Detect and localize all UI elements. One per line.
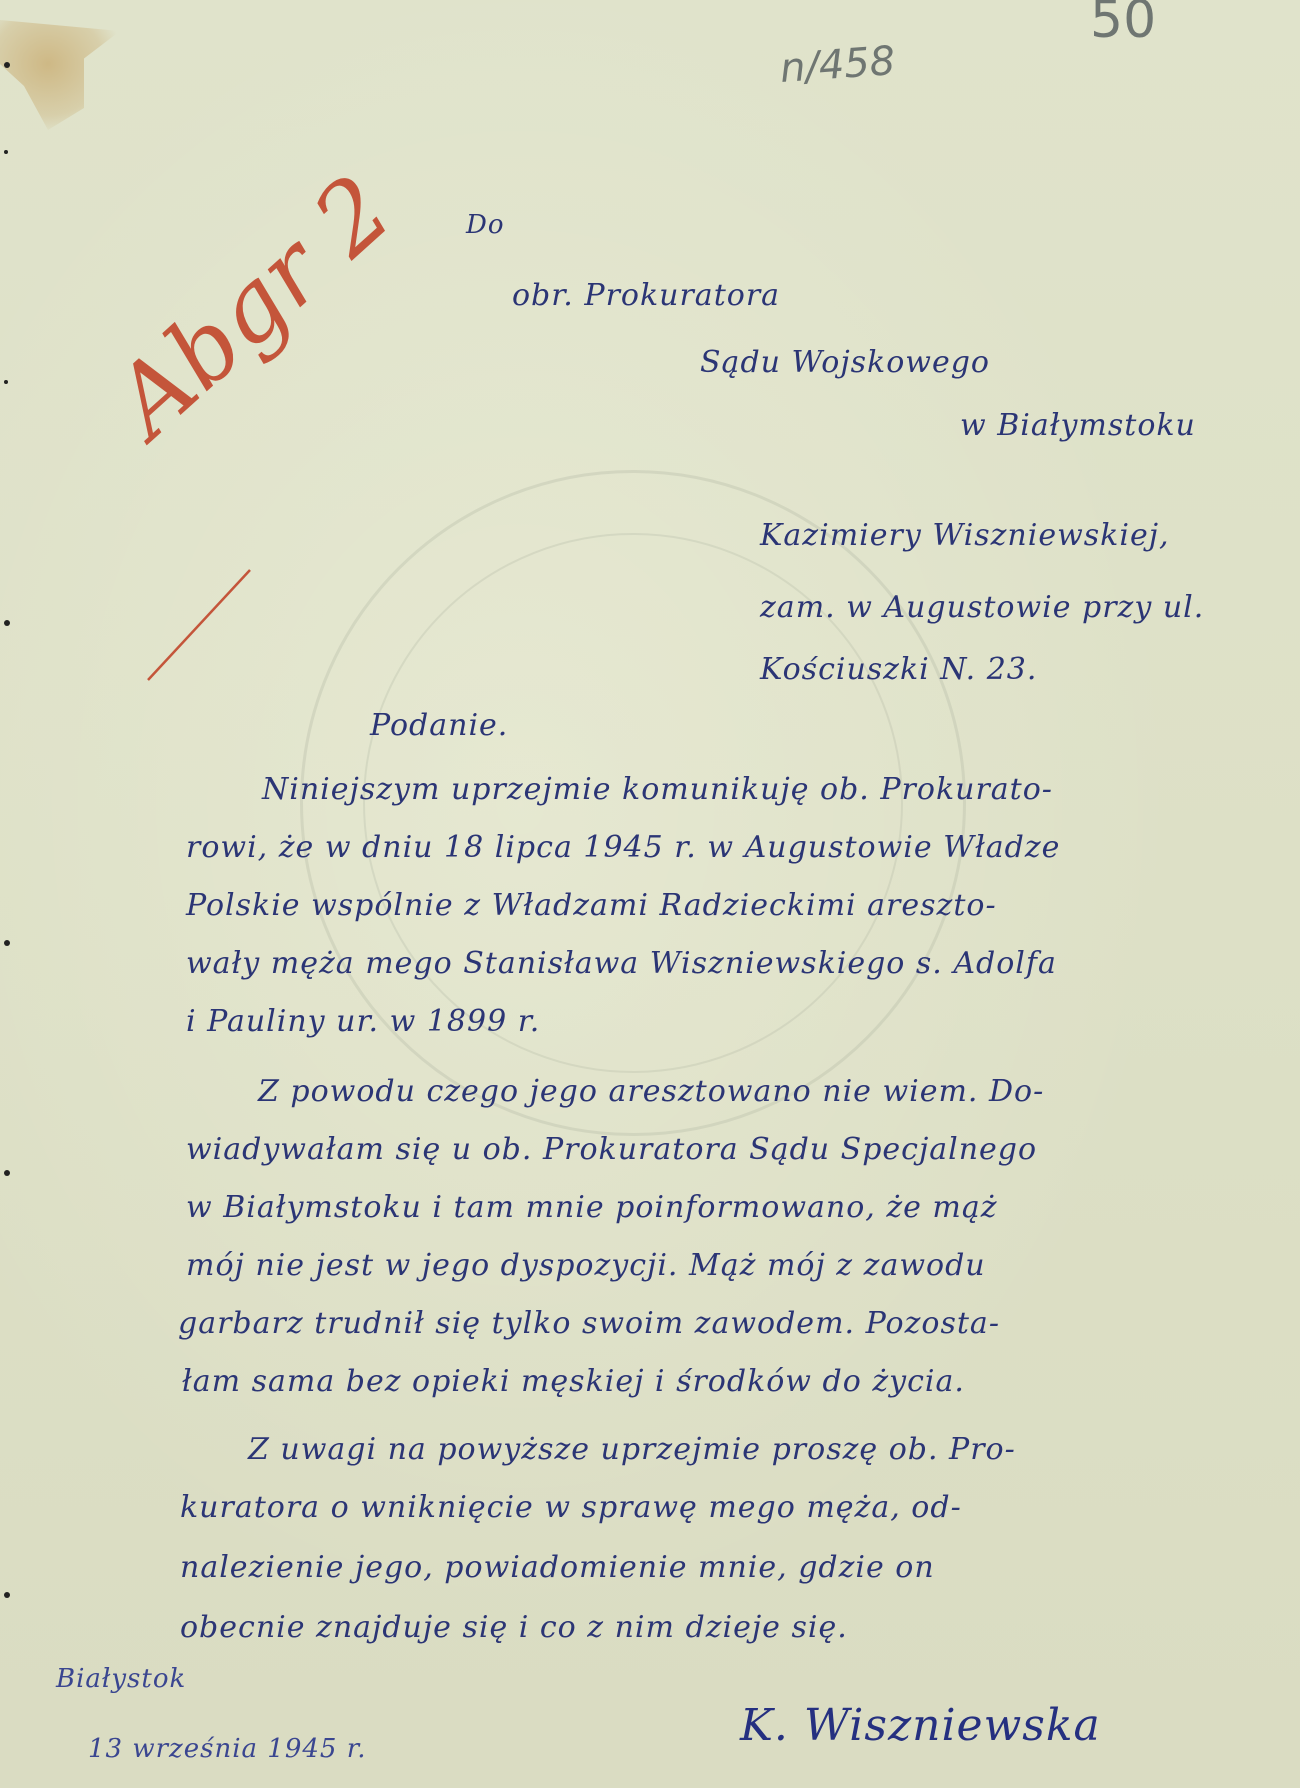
body-line: wały męża mego Stanisława Wiszniewskiego… (186, 946, 1057, 981)
signature: K. Wiszniewska (740, 1700, 1101, 1751)
body-line: Z uwagi na powyższe uprzejmie proszę ob.… (248, 1432, 1016, 1467)
recipient-line: w Białymstoku (960, 408, 1196, 443)
body-line: w Białymstoku i tam mnie poinformowano, … (186, 1190, 998, 1225)
body-line: obecnie znajduje się i co z nim dzieje s… (180, 1610, 848, 1645)
folio-number: 50 (1090, 0, 1156, 50)
body-line: wiadywałam się u ob. Prokuratora Sądu Sp… (186, 1132, 1037, 1167)
red-underline-stroke (140, 560, 260, 690)
punch-hole-mark (4, 62, 10, 68)
document-title: Podanie. (370, 708, 508, 743)
recipient-line: Sądu Wojskowego (700, 345, 990, 380)
recipient-line: obr. Prokuratora (512, 278, 780, 313)
body-line: nalezienie jego, powiadomienie mnie, gdz… (180, 1550, 935, 1585)
sender-line: zam. w Augustowie przy ul. (760, 590, 1204, 625)
body-line: Z powodu czego jego aresztowano nie wiem… (258, 1074, 1044, 1109)
body-line: kuratora o wniknięcie w sprawę mego męża… (180, 1490, 962, 1525)
recipient-prefix: Do (466, 210, 505, 240)
sender-line: Kazimiery Wiszniewskiej, (760, 518, 1170, 553)
punch-hole-mark (4, 940, 10, 946)
body-line: i Pauliny ur. w 1899 r. (186, 1004, 540, 1039)
punch-hole-mark (4, 1170, 10, 1176)
red-annotation: Abgr 2 (93, 154, 413, 458)
body-line: Polskie wspólnie z Władzami Radzieckimi … (186, 888, 997, 923)
body-line: Niniejszym uprzejmie komunikuję ob. Prok… (262, 772, 1053, 807)
scanned-letter-page: 50 n/458 Abgr 2 Do obr. Prokuratora Sądu… (0, 0, 1300, 1788)
body-line: rowi, że w dniu 18 lipca 1945 r. w Augus… (186, 830, 1060, 865)
paper-stain (0, 20, 120, 130)
punch-hole-mark (4, 150, 8, 154)
sender-line: Kościuszki N. 23. (760, 652, 1037, 687)
punch-hole-mark (4, 1592, 10, 1598)
date-of-writing: 13 września 1945 r. (88, 1734, 367, 1764)
reference-number: n/458 (779, 38, 897, 92)
punch-hole-mark (4, 380, 8, 384)
body-line: mój nie jest w jego dyspozycji. Mąż mój … (186, 1248, 986, 1283)
punch-hole-mark (4, 620, 10, 626)
place-of-writing: Białystok (56, 1664, 186, 1694)
body-line: garbarz trudnił się tylko swoim zawodem.… (178, 1306, 1000, 1341)
body-line: łam sama bez opieki męskiej i środków do… (182, 1364, 965, 1399)
